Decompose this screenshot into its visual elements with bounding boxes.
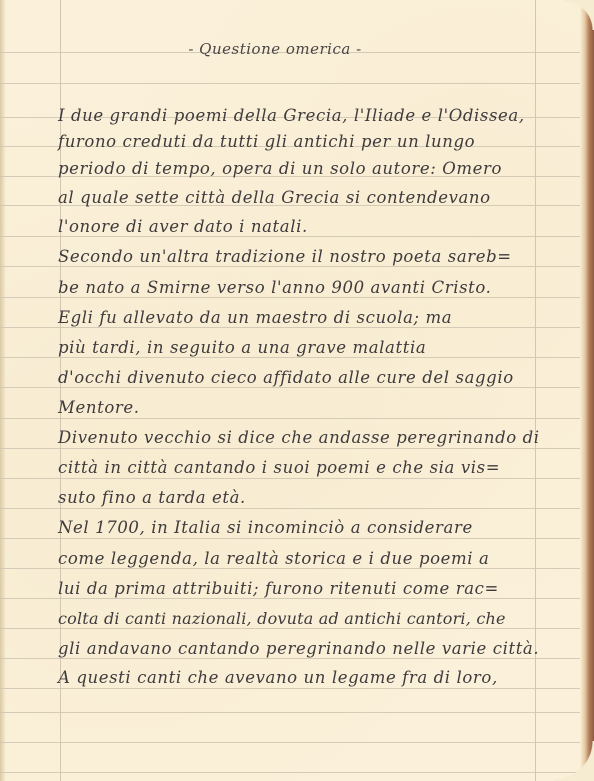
ruling-line [0,772,580,773]
text-line: be nato a Smirne verso l'anno 900 avanti… [58,278,578,298]
ruling-line [0,83,580,84]
page-title: - Questione omerica - [150,40,400,58]
text-line: periodo di tempo, opera di un solo autor… [58,159,578,179]
ruling-line [0,508,580,509]
text-line: suto fino a tarda età. [58,488,578,508]
text-line: colta di canti nazionali, dovuta ad anti… [58,609,578,629]
text-line: I due grandi poemi della Grecia, l'Iliad… [58,106,578,126]
notebook-binding-edge [580,0,594,781]
text-line: Divenuto vecchio si dice che andasse per… [58,428,578,448]
notebook-page: - Questione omerica - I due grandi poemi… [0,0,594,781]
text-line: d'occhi divenuto cieco affidato alle cur… [58,368,578,388]
text-line: Mentore. [58,398,578,418]
text-line: A questi canti che avevano un legame fra… [58,668,578,688]
text-line: al quale sette città della Grecia si con… [58,188,578,208]
text-line: Secondo un'altra tradizione il nostro po… [58,247,578,267]
text-line: più tardi, in seguito a una grave malatt… [58,338,578,358]
rounded-page-corner [554,741,594,781]
text-line: Egli fu allevato da un maestro di scuola… [58,308,578,328]
ruling-line [0,688,580,689]
ruling-line [0,742,580,743]
text-line: furono creduti da tutti gli antichi per … [58,132,578,152]
ruling-line [0,448,580,449]
ruling-line [0,538,580,539]
text-line: gli andavano cantando peregrinando nelle… [58,639,578,659]
ruling-line [0,712,580,713]
text-line: lui da prima attribuiti; furono ritenuti… [58,579,578,599]
rounded-page-corner [564,0,594,30]
text-line: come leggenda, la realtà storica e i due… [58,549,578,569]
ruling-line [0,418,580,419]
text-line: Nel 1700, in Italia si incominciò a cons… [58,518,578,538]
text-line: l'onore di aver dato i natali. [58,217,578,237]
text-line: città in città cantando i suoi poemi e c… [58,458,578,478]
ruling-line [0,478,580,479]
